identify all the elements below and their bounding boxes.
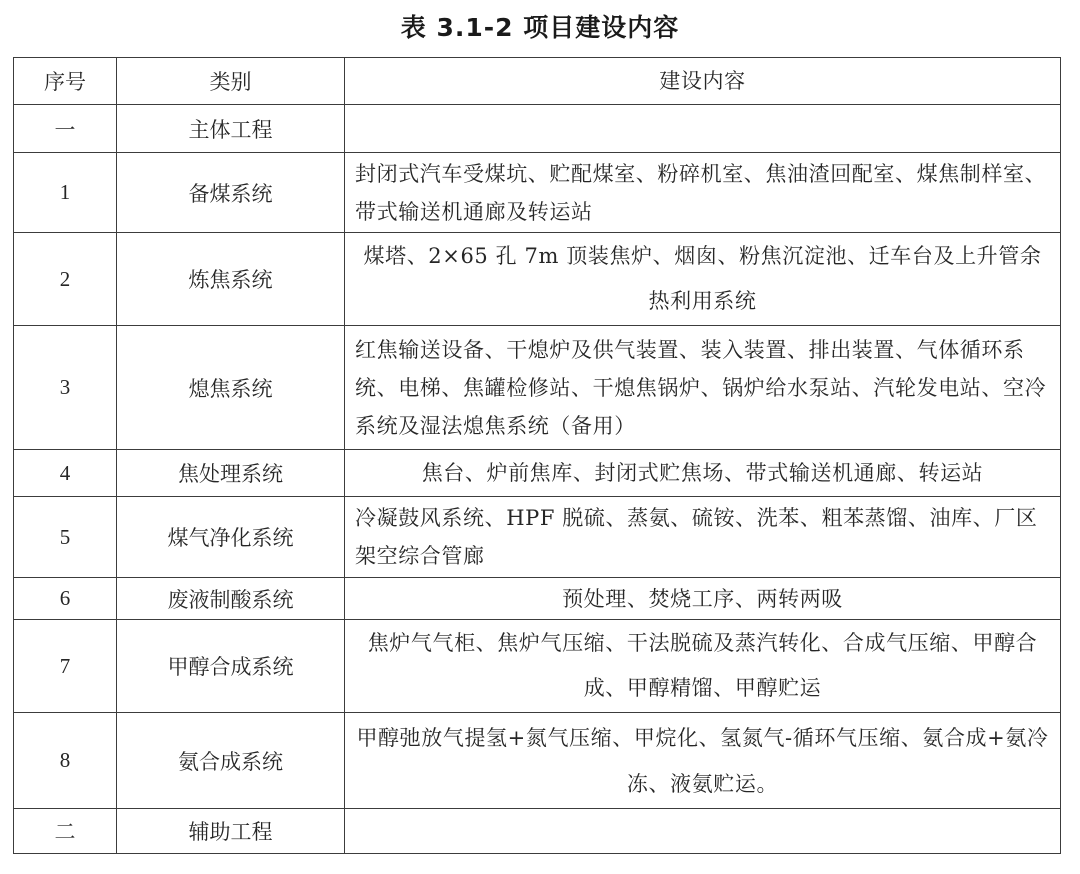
row-index: 7 xyxy=(14,620,117,713)
table-row: 7 甲醇合成系统 焦炉气气柜、焦炉气压缩、干法脱硫及蒸汽转化、合成气压缩、甲醇合… xyxy=(14,620,1061,713)
row-category: 熄焦系统 xyxy=(117,326,345,450)
row-content: 焦台、炉前焦库、封闭式贮焦场、带式输送机通廊、转运站 xyxy=(345,450,1061,497)
table-row: 2 炼焦系统 煤塔、2×65 孔 7m 顶装焦炉、烟囱、粉焦沉淀池、迁车台及上升… xyxy=(14,233,1061,326)
row-index: 二 xyxy=(14,809,117,854)
table-caption: 表 3.1-2 项目建设内容 xyxy=(0,8,1080,44)
row-category: 焦处理系统 xyxy=(117,450,345,497)
header-category: 类别 xyxy=(117,58,345,105)
table-row: 1 备煤系统 封闭式汽车受煤坑、贮配煤室、粉碎机室、焦油渣回配室、煤焦制样室、带… xyxy=(14,153,1061,233)
table-row-section: 一 主体工程 xyxy=(14,105,1061,153)
table-row: 8 氨合成系统 甲醇弛放气提氢+氮气压缩、甲烷化、氢氮气-循环气压缩、氨合成+氨… xyxy=(14,713,1061,809)
table-row: 6 废液制酸系统 预处理、焚烧工序、两转两吸 xyxy=(14,578,1061,620)
row-category: 主体工程 xyxy=(117,105,345,153)
row-category: 氨合成系统 xyxy=(117,713,345,809)
row-index: 一 xyxy=(14,105,117,153)
table-row: 3 熄焦系统 红焦输送设备、干熄炉及供气装置、装入装置、排出装置、气体循环系统、… xyxy=(14,326,1061,450)
row-category: 辅助工程 xyxy=(117,809,345,854)
row-content xyxy=(345,809,1061,854)
header-content: 建设内容 xyxy=(345,58,1061,105)
row-index: 1 xyxy=(14,153,117,233)
row-content: 焦炉气气柜、焦炉气压缩、干法脱硫及蒸汽转化、合成气压缩、甲醇合成、甲醇精馏、甲醇… xyxy=(345,620,1061,713)
row-content xyxy=(345,105,1061,153)
row-index: 2 xyxy=(14,233,117,326)
row-category: 备煤系统 xyxy=(117,153,345,233)
row-index: 4 xyxy=(14,450,117,497)
row-category: 炼焦系统 xyxy=(117,233,345,326)
row-index: 3 xyxy=(14,326,117,450)
row-content: 甲醇弛放气提氢+氮气压缩、甲烷化、氢氮气-循环气压缩、氨合成+氨冷冻、液氨贮运。 xyxy=(345,713,1061,809)
row-index: 5 xyxy=(14,497,117,578)
row-content: 红焦输送设备、干熄炉及供气装置、装入装置、排出装置、气体循环系统、电梯、焦罐检修… xyxy=(345,326,1061,450)
table-row: 5 煤气净化系统 冷凝鼓风系统、HPF 脱硫、蒸氨、硫铵、洗苯、粗苯蒸馏、油库、… xyxy=(14,497,1061,578)
row-content: 封闭式汽车受煤坑、贮配煤室、粉碎机室、焦油渣回配室、煤焦制样室、带式输送机通廊及… xyxy=(345,153,1061,233)
row-category: 煤气净化系统 xyxy=(117,497,345,578)
row-category: 废液制酸系统 xyxy=(117,578,345,620)
table-row: 4 焦处理系统 焦台、炉前焦库、封闭式贮焦场、带式输送机通廊、转运站 xyxy=(14,450,1061,497)
row-category: 甲醇合成系统 xyxy=(117,620,345,713)
row-content: 煤塔、2×65 孔 7m 顶装焦炉、烟囱、粉焦沉淀池、迁车台及上升管余热利用系统 xyxy=(345,233,1061,326)
table-row-section: 二 辅助工程 xyxy=(14,809,1061,854)
table-header-row: 序号 类别 建设内容 xyxy=(14,58,1061,105)
row-content: 冷凝鼓风系统、HPF 脱硫、蒸氨、硫铵、洗苯、粗苯蒸馏、油库、厂区架空综合管廊 xyxy=(345,497,1061,578)
row-content: 预处理、焚烧工序、两转两吸 xyxy=(345,578,1061,620)
row-index: 6 xyxy=(14,578,117,620)
header-index: 序号 xyxy=(14,58,117,105)
construction-content-table: 序号 类别 建设内容 一 主体工程 1 备煤系统 封闭式汽车受煤坑、贮配煤室、粉… xyxy=(13,57,1061,854)
row-index: 8 xyxy=(14,713,117,809)
